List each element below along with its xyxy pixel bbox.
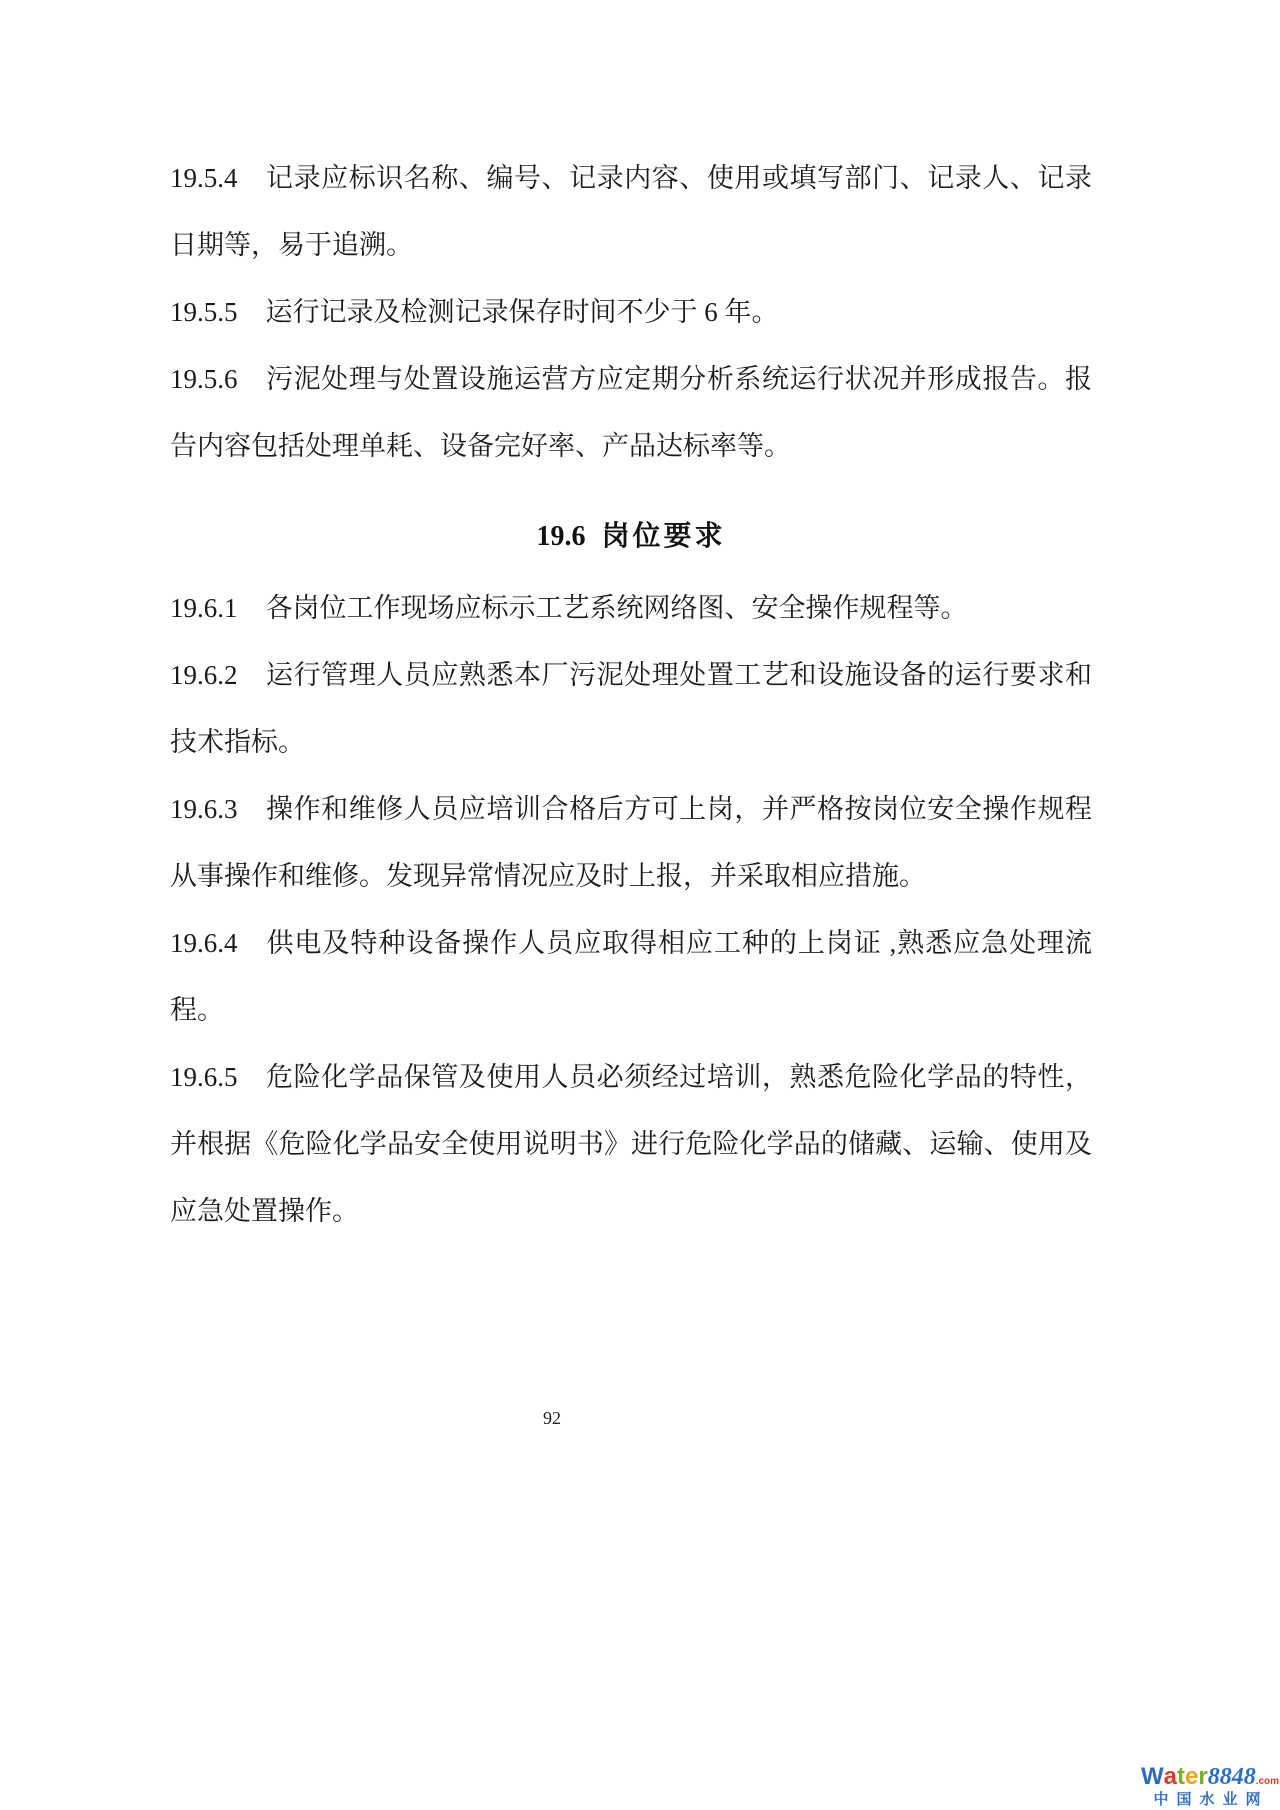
brand-number: 8848 (1208, 1764, 1256, 1790)
document-page: 19.5.4记录应标识名称、编号、记录内容、使用或填写部门、记录人、记录日期等，… (0, 0, 1280, 1810)
clause-text: 污泥处理与处置设施运营方应定期分析系统运行状况并形成报告。报告内容包括处理单耗、… (170, 364, 1092, 461)
brand-name: Water8848.com (1141, 1765, 1273, 1789)
clause-number: 19.6.1 (170, 593, 238, 623)
section-heading: 19.6岗位要求 (170, 503, 1092, 570)
clause-text: 供电及特种设备操作人员应取得相应工种的上岗证 ,熟悉应急处理流程。 (170, 928, 1092, 1025)
clause-paragraph-19-6-3: 19.6.3操作和维修人员应培训合格后方可上岗，并严格按岗位安全操作规程从事操作… (170, 776, 1092, 910)
clause-text: 运行记录及检测记录保存时间不少于 6 年。 (266, 297, 779, 327)
document-content: 19.5.4记录应标识名称、编号、记录内容、使用或填写部门、记录人、记录日期等，… (170, 145, 1092, 1245)
clause-text: 记录应标识名称、编号、记录内容、使用或填写部门、记录人、记录日期等，易于追溯。 (170, 163, 1092, 260)
brand-tld: .com (1256, 1776, 1279, 1787)
brand-subtitle: 中国水业网 (1141, 1792, 1280, 1807)
page-number: 92 (543, 1406, 561, 1430)
clause-number: 19.5.4 (170, 163, 238, 193)
clause-number: 19.6.4 (170, 928, 238, 958)
brand-letter-w: W (1141, 1765, 1164, 1789)
clause-paragraph-19-6-4: 19.6.4供电及特种设备操作人员应取得相应工种的上岗证 ,熟悉应急处理流程。 (170, 910, 1092, 1044)
clause-text: 运行管理人员应熟悉本厂污泥处理处置工艺和设施设备的运行要求和技术指标。 (170, 660, 1092, 757)
clause-number: 19.6.5 (170, 1062, 238, 1092)
clause-paragraph-19-6-1: 19.6.1各岗位工作现场应标示工艺系统网络图、安全操作规程等。 (170, 575, 1092, 642)
watermark-logo: Water8848.com 中国水业网 (1141, 1765, 1273, 1807)
clause-paragraph-19-5-6: 19.5.6污泥处理与处置设施运营方应定期分析系统运行状况并形成报告。报告内容包… (170, 346, 1092, 480)
clause-text: 各岗位工作现场应标示工艺系统网络图、安全操作规程等。 (266, 593, 968, 623)
brand-letter-t: t (1177, 1765, 1185, 1789)
clause-number: 19.5.6 (170, 364, 238, 394)
clause-number: 19.6.3 (170, 794, 238, 824)
brand-letter-a: a (1164, 1765, 1177, 1789)
brand-letter-e: e (1185, 1765, 1198, 1789)
clause-number: 19.5.5 (170, 297, 238, 327)
brand-letter-r: r (1198, 1765, 1207, 1789)
clause-number: 19.6.2 (170, 660, 238, 690)
section-heading-title: 岗位要求 (601, 521, 725, 552)
section-heading-number: 19.6 (536, 521, 585, 552)
clause-paragraph-19-6-5: 19.6.5危险化学品保管及使用人员必须经过培训，熟悉危险化学品的特性，并根据《… (170, 1044, 1092, 1245)
clause-paragraph-19-5-4: 19.5.4记录应标识名称、编号、记录内容、使用或填写部门、记录人、记录日期等，… (170, 145, 1092, 279)
clause-paragraph-19-5-5: 19.5.5运行记录及检测记录保存时间不少于 6 年。 (170, 279, 1092, 346)
clause-paragraph-19-6-2: 19.6.2运行管理人员应熟悉本厂污泥处理处置工艺和设施设备的运行要求和技术指标… (170, 642, 1092, 776)
clause-text: 操作和维修人员应培训合格后方可上岗，并严格按岗位安全操作规程从事操作和维修。发现… (170, 794, 1092, 891)
clause-text: 危险化学品保管及使用人员必须经过培训，熟悉危险化学品的特性，并根据《危险化学品安… (170, 1062, 1092, 1226)
